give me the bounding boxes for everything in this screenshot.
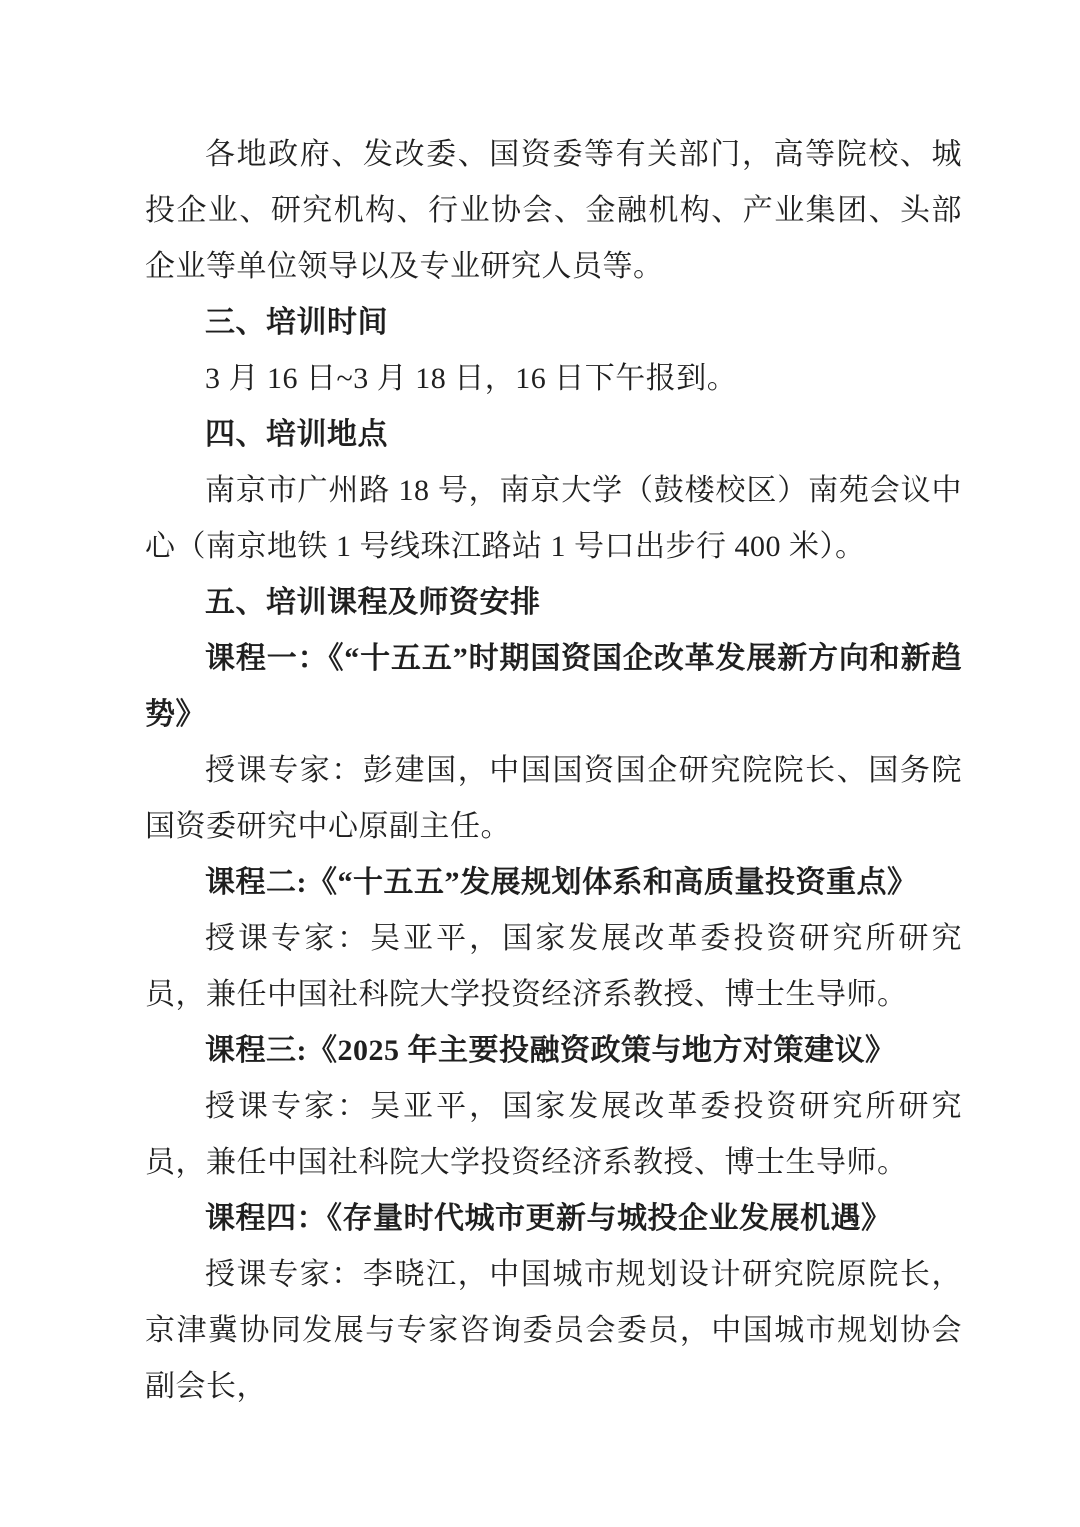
body-paragraph: 授课专家：李晓江，中国城市规划设计研究院原院长，京津冀协同发展与专家咨询委员会委… [145,1247,962,1415]
section-heading: 课程三:《2025 年主要投融资政策与地方对策建议》 [145,1023,962,1079]
body-paragraph: 各地政府、发改委、国资委等有关部门，高等院校、城投企业、研究机构、行业协会、金融… [145,127,962,295]
body-paragraph: 南京市广州路 18 号，南京大学（鼓楼校区）南苑会议中心（南京地铁 1 号线珠江… [145,463,962,575]
document-content: 各地政府、发改委、国资委等有关部门，高等院校、城投企业、研究机构、行业协会、金融… [145,127,962,1415]
body-paragraph: 授课专家：吴亚平，国家发展改革委投资研究所研究员，兼任中国社科院大学投资经济系教… [145,911,962,1023]
section-heading: 课程四：《存量时代城市更新与城投企业发展机遇》 [145,1191,962,1247]
section-heading: 课程二:《“十五五”发展规划体系和高质量投资重点》 [145,855,962,911]
body-paragraph: 3 月 16 日~3 月 18 日，16 日下午报到。 [145,351,962,407]
body-paragraph: 授课专家：彭建国，中国国资国企研究院院长、国务院国资委研究中心原副主任。 [145,743,962,855]
section-heading: 四、培训地点 [145,407,962,463]
document-page: 各地政府、发改委、国资委等有关部门，高等院校、城投企业、研究机构、行业协会、金融… [0,0,1080,1527]
section-heading: 课程一：《“十五五”时期国资国企改革发展新方向和新趋势》 [145,631,962,743]
section-heading: 五、培训课程及师资安排 [145,575,962,631]
section-heading: 三、培训时间 [145,295,962,351]
body-paragraph: 授课专家：吴亚平，国家发展改革委投资研究所研究员，兼任中国社科院大学投资经济系教… [145,1079,962,1191]
